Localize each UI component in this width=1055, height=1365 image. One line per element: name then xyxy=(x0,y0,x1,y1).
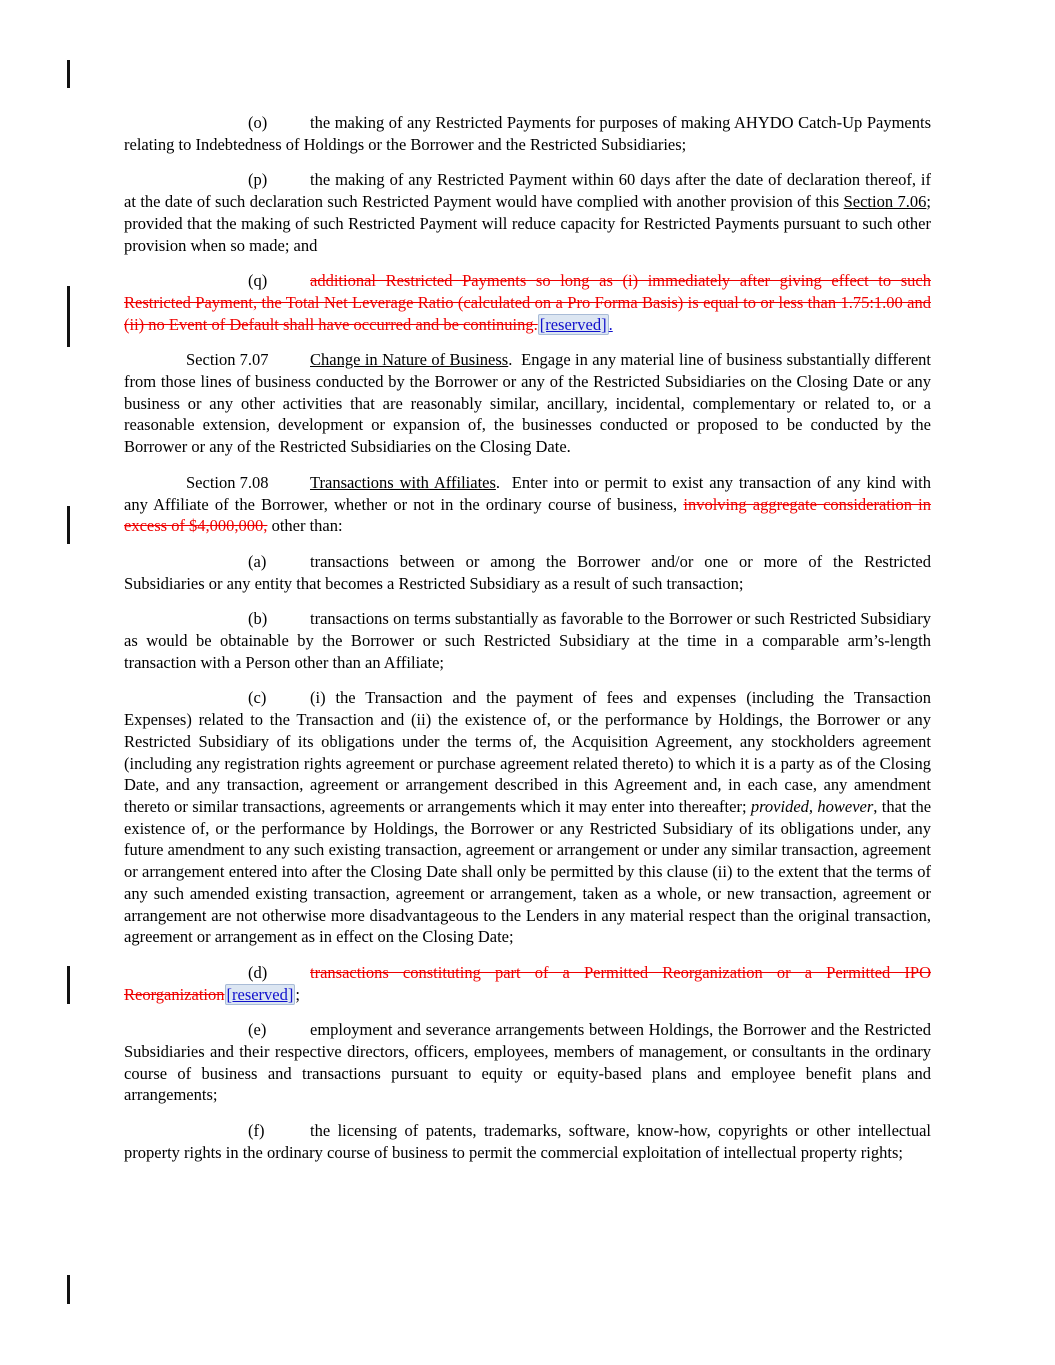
list-item-paragraph: (o)the making of any Restricted Payments… xyxy=(124,112,931,155)
item-letter: (o) xyxy=(248,112,310,134)
underlined-reference: Section 7.06 xyxy=(844,192,927,211)
section-paragraph: Section 7.07Change in Nature of Business… xyxy=(124,349,931,458)
body-text: ; xyxy=(295,985,300,1004)
item-letter: (d) xyxy=(248,962,310,984)
deleted-text: additional Restricted Payments so long a… xyxy=(124,271,931,333)
inserted-reserved-text: [reserved] xyxy=(538,314,609,335)
list-item-paragraph: (a)transactions between or among the Bor… xyxy=(124,551,931,594)
section-paragraph: Section 7.08Transactions with Affiliates… xyxy=(124,472,931,537)
change-bar xyxy=(67,60,70,88)
item-letter: (e) xyxy=(248,1019,310,1041)
item-letter: (b) xyxy=(248,608,310,630)
change-bar xyxy=(67,1275,70,1304)
list-item-paragraph: (f)the licensing of patents, trademarks,… xyxy=(124,1120,931,1163)
body-text: transactions on terms substantially as f… xyxy=(124,609,931,671)
document-page: (o)the making of any Restricted Payments… xyxy=(0,0,1055,1365)
change-bar xyxy=(67,966,70,1004)
list-item-paragraph: (c)(i) the Transaction and the payment o… xyxy=(124,687,931,947)
list-item-paragraph: (b)transactions on terms substantially a… xyxy=(124,608,931,673)
change-bar xyxy=(67,286,70,347)
inserted-text: . xyxy=(609,315,613,334)
body-text: , that the existence of, or the performa… xyxy=(124,797,931,946)
body-text: the making of any Restricted Payment wit… xyxy=(124,170,931,211)
body-text: employment and severance arrangements be… xyxy=(124,1020,931,1104)
body-text: the licensing of patents, trademarks, so… xyxy=(124,1121,931,1162)
item-letter: (q) xyxy=(248,270,310,292)
italic-text: provided, however xyxy=(751,797,873,816)
underlined-reference: Transactions with Affiliates xyxy=(310,473,496,492)
list-item-paragraph: (p)the making of any Restricted Payment … xyxy=(124,169,931,256)
list-item-paragraph: (e)employment and severance arrangements… xyxy=(124,1019,931,1106)
section-number: Section 7.07 xyxy=(186,349,310,371)
inserted-reserved-text: [reserved] xyxy=(225,984,296,1005)
body-text: transactions between or among the Borrow… xyxy=(124,552,931,593)
list-item-paragraph: (d)transactions constituting part of a P… xyxy=(124,962,931,1005)
item-letter: (p) xyxy=(248,169,310,191)
change-bar xyxy=(67,506,70,544)
item-letter: (f) xyxy=(248,1120,310,1142)
document-body: (o)the making of any Restricted Payments… xyxy=(124,112,931,1178)
body-text: the making of any Restricted Payments fo… xyxy=(124,113,931,154)
body-text: other than: xyxy=(267,516,342,535)
underlined-reference: Change in Nature of Business xyxy=(310,350,508,369)
list-item-paragraph: (q)additional Restricted Payments so lon… xyxy=(124,270,931,335)
section-number: Section 7.08 xyxy=(186,472,310,494)
item-letter: (c) xyxy=(248,687,310,709)
item-letter: (a) xyxy=(248,551,310,573)
